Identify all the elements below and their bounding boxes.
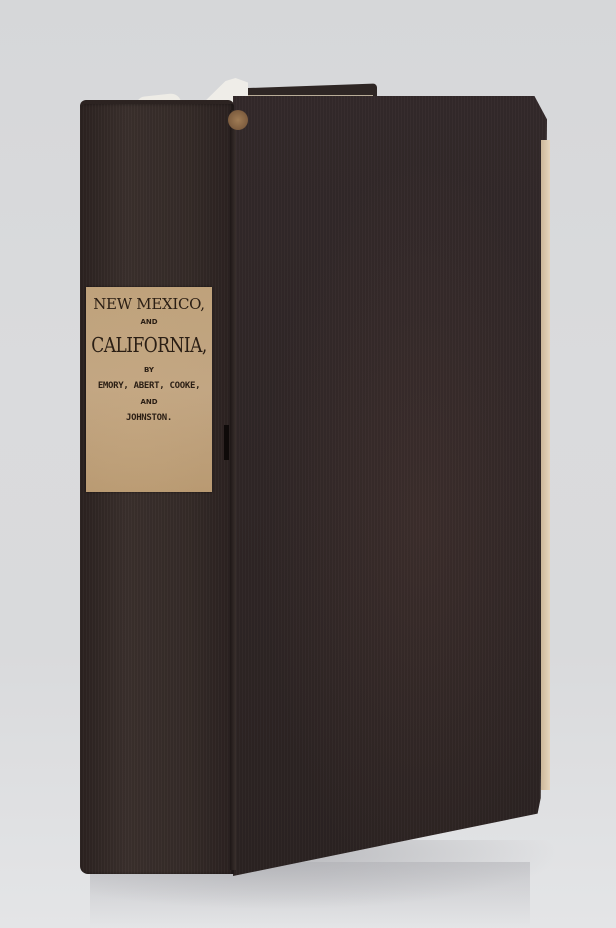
spine-joint [230, 110, 236, 870]
label-title-line2: CALIFORNIA, [91, 332, 207, 361]
label-by: BY [144, 362, 154, 378]
joint-tear [224, 425, 229, 460]
page-fore-edge [541, 140, 550, 790]
label-author-last: JOHNSTON. [126, 410, 172, 426]
photo-scene: NEW MEXICO, AND CALIFORNIA, BY EMORY, AB… [0, 0, 616, 928]
label-and: AND [140, 314, 157, 330]
headband [228, 110, 248, 130]
label-and-2: AND [140, 394, 157, 410]
label-title-line1: NEW MEXICO, [93, 295, 205, 314]
spine-label: NEW MEXICO, AND CALIFORNIA, BY EMORY, AB… [86, 287, 212, 492]
front-cover [233, 96, 547, 876]
label-authors: EMORY, ABERT, COOKE, [98, 378, 200, 394]
